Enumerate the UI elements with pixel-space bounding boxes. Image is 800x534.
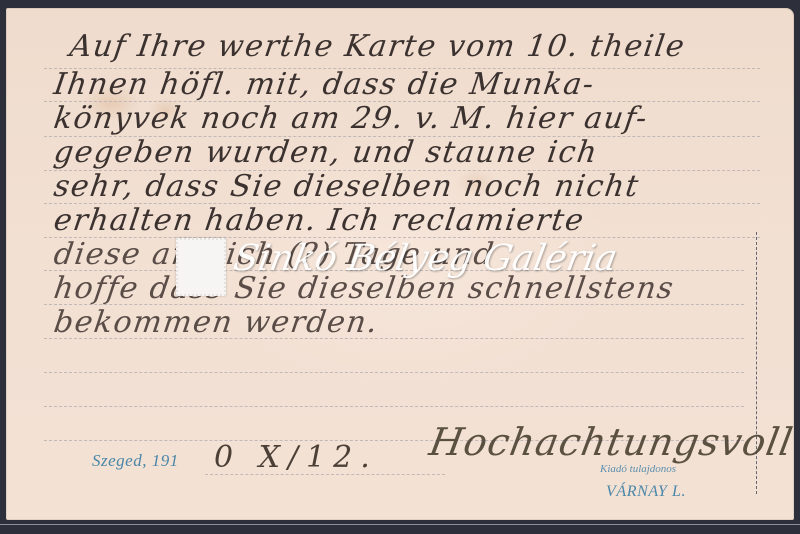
handwritten-line: gegeben wurden, und staune ich — [52, 138, 600, 168]
frame-edge-line — [0, 524, 800, 525]
publisher-label: Kiadó tulajdonos — [600, 463, 676, 475]
handwritten-line: könyvek noch am 29. v. M. hier auf- — [52, 104, 650, 134]
handwritten-line: Ihnen höfl. mit, dass die Munka- — [52, 70, 597, 100]
ruling-line — [44, 372, 744, 373]
ruling-line — [44, 406, 744, 407]
printed-place-date: Szeged, 191 — [92, 451, 179, 471]
handwritten-line: erhalten haben. Ich reclamierte — [52, 206, 587, 236]
handwritten-date: 0 X/12. — [214, 440, 378, 475]
handwritten-signature: Hochachtungsvoll — [426, 420, 797, 464]
publisher-name: VÁRNAY L. — [606, 483, 686, 501]
handwritten-line: Auf Ihre werthe Karte vom 10. theile — [68, 32, 687, 62]
stamp-icon — [176, 238, 226, 296]
watermark-text: Sinkó Bélyeg Galéria — [230, 238, 620, 279]
handwritten-line: bekommen werden. — [52, 308, 381, 338]
handwritten-line: sehr, dass Sie dieselben noch nicht — [52, 172, 641, 202]
